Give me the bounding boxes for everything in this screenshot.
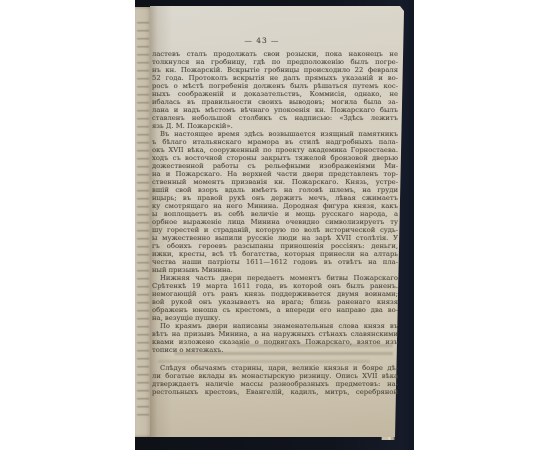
text-line: ходъ съ восточной стороны закрытъ тяжело… [152, 154, 398, 162]
adjacent-page-text-blur [137, 19, 149, 419]
page-number: — 43 — [139, 36, 385, 45]
text-line: чества наши патріоты 1611—1612 годовъ въ… [152, 258, 398, 266]
text-line: вой рукой онъ указываетъ на врага; близь… [152, 298, 398, 306]
text-line: окъ XVII вѣка, сооруженный по проекту ак… [152, 146, 398, 154]
text-line: Слѣдуя обычаямъ старины, цари, великіе к… [152, 364, 398, 372]
text-line: ластевъ сталъ продолжать свои розыски, п… [152, 50, 398, 58]
text-line: ы мужественно выпили русскіе люди на зар… [152, 234, 398, 242]
text-line: рестольныхъ крестовъ, Евангелій, кадилъ,… [152, 388, 398, 396]
paragraph: Нижняя часть двери передаетъ моментъ бит… [152, 274, 398, 322]
text-line: шу горестей и страданій, которую по волѣ… [152, 226, 398, 234]
text-line: гъ обоихъ героевъ разсыпаны приношенія р… [152, 242, 398, 250]
text-line: ъ бѣлаго итальянскаго мрамора въ стилѣ н… [152, 138, 398, 146]
text-line: ку смотрящаго на него Минина. Дородная ф… [152, 202, 398, 210]
photo-canvas: — 43 — ластевъ сталъ продолжать свои роз… [0, 0, 550, 450]
text-line: ображенъ юноша съ крестомъ, а впереди ег… [152, 306, 398, 314]
text-line: вшій свой взоръ вдаль имѣетъ на головѣ ш… [152, 186, 398, 194]
text-line: ный призывъ Минина. [152, 266, 398, 274]
paragraph: По краямъ двери написаны знаменательныя … [152, 322, 398, 354]
text-line: вѣтъ на призывъ Минина, а на наружныхъ с… [152, 330, 398, 338]
show-through-text [237, 344, 393, 347]
text-line: ли богатые вклады въ монастырскую ризниц… [152, 372, 398, 380]
paragraph: Въ настоящее время здѣсь возвышается изя… [152, 130, 398, 274]
paragraph: Слѣдуя обычаямъ старины, цари, великіе к… [152, 364, 398, 396]
text-line: дожественной работы съ рельефными изобра… [152, 162, 398, 170]
text-line: Срѣтенкѣ 19 марта 1611 года, въ которой … [152, 282, 398, 290]
show-through-text [158, 360, 370, 363]
text-line: на, везущіе пушку. [152, 314, 398, 322]
text-line: росъ о мѣстѣ погребенія долженъ былъ рѣш… [152, 82, 398, 90]
text-line: ы воплощаетъ въ себѣ величіе и мощь русс… [152, 210, 398, 218]
text-line: на и Пожарскаго. На верхней части двери … [152, 170, 398, 178]
text-line: нъ кн. Пожарскій. Вскрытіе гробницы прои… [152, 66, 398, 74]
paragraph: ластевъ сталъ продолжать свои розыски, п… [152, 50, 398, 130]
show-through-text [174, 352, 393, 355]
text-line: ижки, кресты, всѣ тѣ богатства, которыя … [152, 250, 398, 258]
text-line: Нижняя часть двери передаетъ моментъ бит… [152, 274, 398, 282]
text-line: 52 года. Протоколъ вскрытія не далъ прям… [152, 74, 398, 82]
text-line: немогающій отъ ранъ князь поддерживается… [152, 290, 398, 298]
text-line: ныхъ соображеній и доказательствъ, Комми… [152, 90, 398, 98]
text-line: орбное выраженіе лица Минина очевидно си… [152, 218, 398, 226]
text-line: лана и надъ мѣстомъ вѣчнаго упокоенія кн… [152, 106, 398, 114]
text-line: Въ настоящее время здѣсь возвышается изя… [152, 130, 398, 138]
text-line: язь Д. М. Пожарскій». [152, 122, 398, 130]
text-line: нцырь; въ правой рукѣ онъ держитъ мечъ, … [152, 194, 398, 202]
text-line: толкнулся на гробницу, гдѣ по предположе… [152, 58, 398, 66]
text-line: дтверждаетъ наличіе массы разнообразныхъ… [152, 380, 398, 388]
text-line: ставленъ небольшой столбикъ съ надписью:… [152, 114, 398, 122]
text-line: ственный моментъ призванія кн. Пожарскаг… [152, 178, 398, 186]
text-line: ибалась въ правильности своихъ выводовъ;… [152, 98, 398, 106]
text-line: По краямъ двери написаны знаменательныя … [152, 322, 398, 330]
